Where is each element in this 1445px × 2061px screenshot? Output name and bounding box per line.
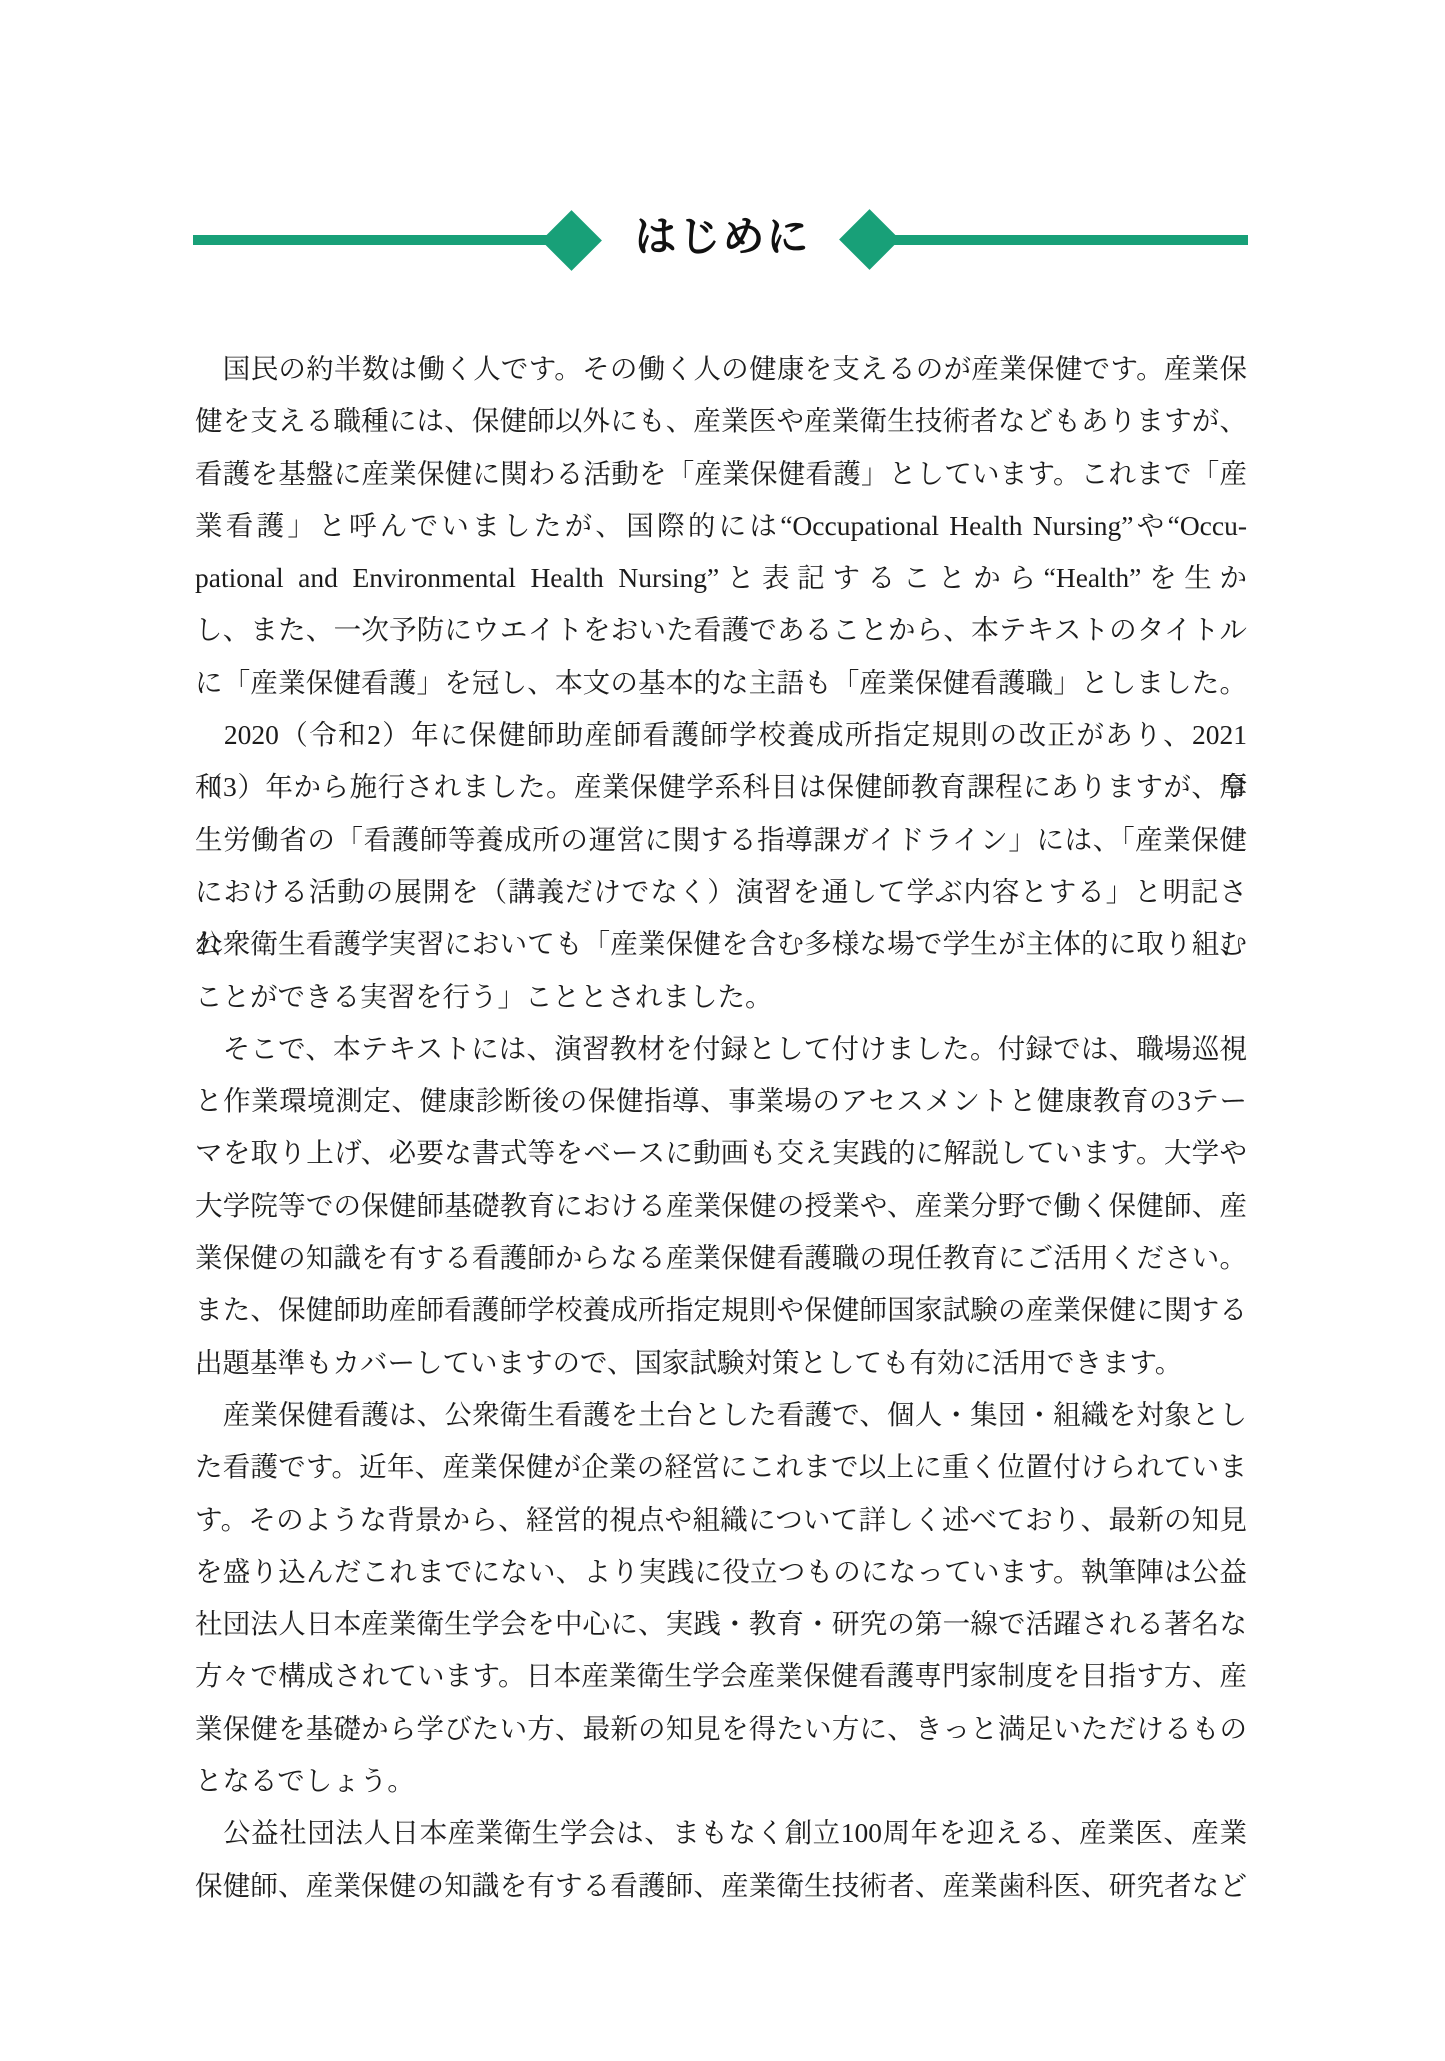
text-line: 和3）年から施行されました。産業保健学系科目は保健師教育課程にありますが、厚: [195, 761, 1247, 813]
text-line: 出題基準もカバーしていますので、国家試験対策としても有効に活用できます。: [195, 1337, 1247, 1389]
text-line: そこで、本テキストには、演習教材を付録として付けました。付録では、職場巡視: [195, 1023, 1247, 1075]
text-line: また、保健師助産師看護師学校養成所指定規則や保健師国家試験の産業保健に関する: [195, 1284, 1247, 1336]
text-line: に「産業保健看護」を冠し、本文の基本的な主語も「産業保健看護職」としました。: [195, 657, 1247, 709]
text-line: た看護です。近年、産業保健が企業の経営にこれまで以上に重く位置付けられていま: [195, 1441, 1247, 1493]
text-line: 生労働省の「看護師等養成所の運営に関する指導課ガイドライン」には、「産業保健: [195, 814, 1247, 866]
text-line: マを取り上げ、必要な書式等をベースに動画も交え実践的に解説しています。大学や: [195, 1127, 1247, 1179]
text-line: 公衆衛生看護学実習においても「産業保健を含む多様な場で学生が主体的に取り組む: [195, 918, 1247, 970]
header-rule-right: [893, 235, 1248, 245]
text-line: 健を支える職種には、保健師以外にも、産業医や産業衛生技術者などもありますが、: [195, 395, 1247, 447]
text-line: す。そのような背景から、経営的視点や組織について詳しく述べており、最新の知見: [195, 1494, 1247, 1546]
text-line: 保健師、産業保健の知識を有する看護師、産業衛生技術者、産業歯科医、研究者など: [195, 1860, 1247, 1912]
text-line: を盛り込んだこれまでにない、より実践に役立つものになっています。執筆陣は公益: [195, 1546, 1247, 1598]
text-line: における活動の展開を（講義だけでなく）演習を通して学ぶ内容とする」と明記され、: [195, 866, 1247, 918]
section-header: はじめに: [0, 0, 1445, 300]
text-line: 社団法人日本産業衛生学会を中心に、実践・教育・研究の第一線で活躍される著名な: [195, 1598, 1247, 1650]
text-line: 業保健の知識を有する看護師からなる産業保健看護職の現任教育にご活用ください。: [195, 1232, 1247, 1284]
text-line: 公益社団法人日本産業衛生学会は、まもなく創立100周年を迎える、産業医、産業: [195, 1807, 1247, 1859]
text-line: と作業環境測定、健康診断後の保健指導、事業場のアセスメントと健康教育の3テー: [195, 1075, 1247, 1127]
text-line: 業看護」と呼んでいましたが、国際的には“Occupational Health …: [195, 500, 1247, 552]
body-text: 国民の約半数は働く人です。その働く人の健康を支えるのが産業保健です。産業保 健を…: [195, 343, 1247, 1912]
text-line: pational and Environmental Health Nursin…: [195, 552, 1247, 604]
text-line: となるでしょう。: [195, 1755, 1247, 1807]
text-line: し、また、一次予防にウエイトをおいた看護であることから、本テキストのタイトル: [195, 604, 1247, 656]
text-line: 国民の約半数は働く人です。その働く人の健康を支えるのが産業保健です。産業保: [195, 343, 1247, 395]
text-line: 大学院等での保健師基礎教育における産業保健の授業や、産業分野で働く保健師、産: [195, 1180, 1247, 1232]
text-line: 2020（令和2）年に保健師助産師看護師学校養成所指定規則の改正があり、2021…: [195, 709, 1247, 761]
text-line: ことができる実習を行う」こととされました。: [195, 971, 1247, 1023]
page: はじめに 国民の約半数は働く人です。その働く人の健康を支えるのが産業保健です。産…: [0, 0, 1445, 2061]
text-line: 方々で構成されています。日本産業衛生学会産業保健看護専門家制度を目指す方、産: [195, 1650, 1247, 1702]
text-line: 産業保健看護は、公衆衛生看護を土台とした看護で、個人・集団・組織を対象とし: [195, 1389, 1247, 1441]
text-line: 業保健を基礎から学びたい方、最新の知見を得たい方に、きっと満足いただけるもの: [195, 1703, 1247, 1755]
text-line: 看護を基盤に産業保健に関わる活動を「産業保健看護」としています。これまで「産: [195, 448, 1247, 500]
